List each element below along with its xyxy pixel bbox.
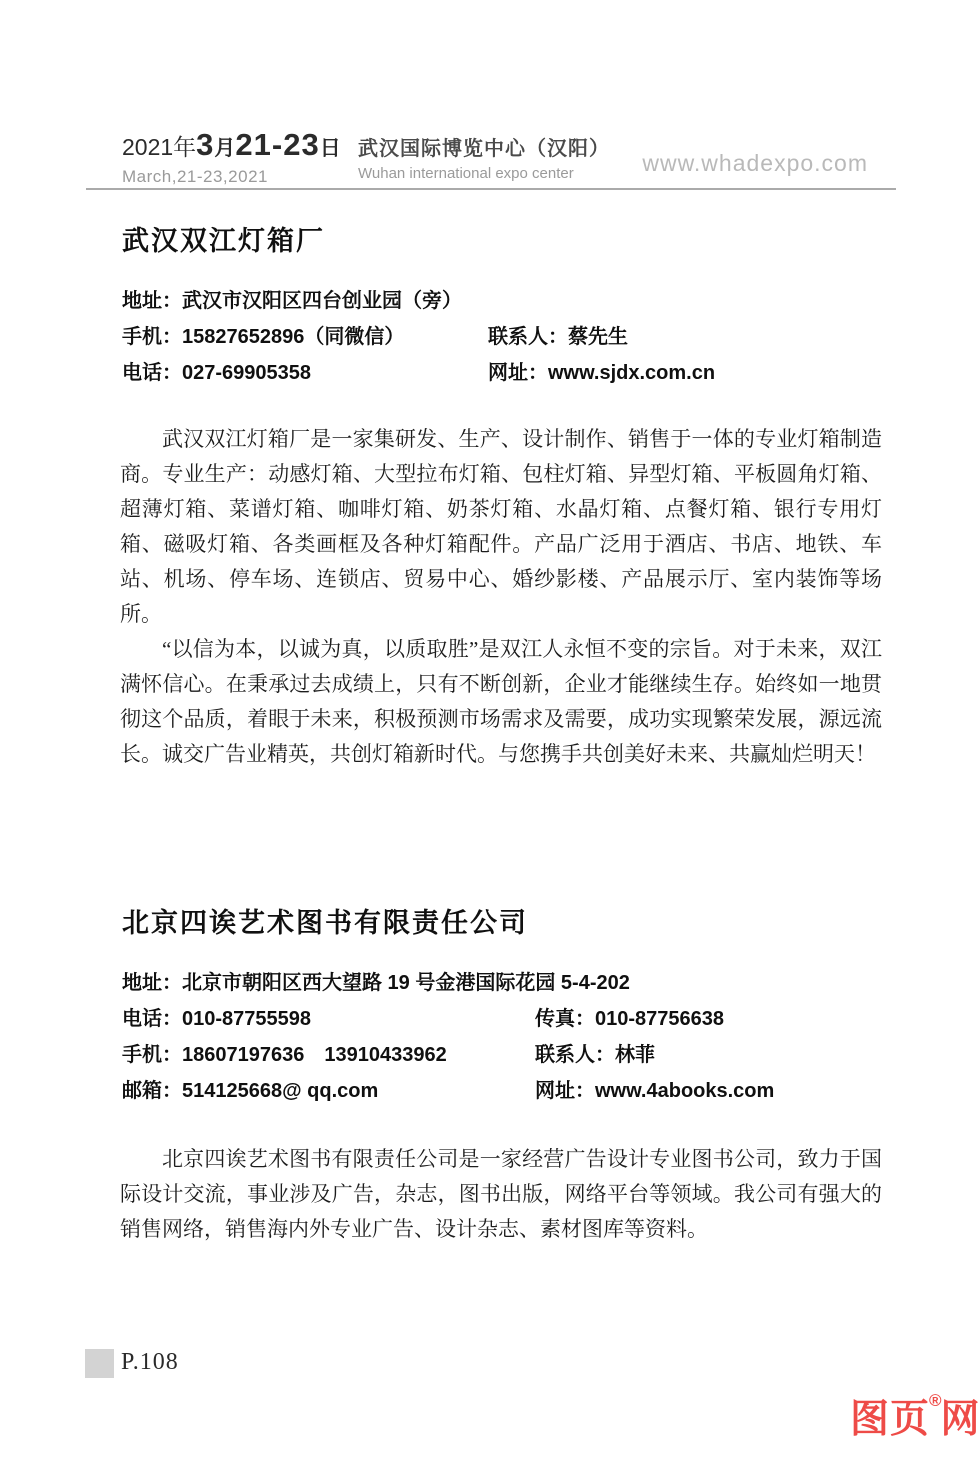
company-1-contacts: 地址：武汉市汉阳区四台创业园（旁） 手机：15827652896（同微信） 联系… [122, 290, 715, 398]
catalog-page: 2021年3月21-23日 March,21-23,2021 武汉国际博览中心（… [0, 0, 980, 1459]
page-number: P.108 [121, 1349, 179, 1376]
expo-date-block: 2021年3月21-23日 March,21-23,2021 [122, 128, 341, 187]
company-2-contacts: 地址：北京市朝阳区西大望路 19 号金港国际花园 5-4-202 电话：010-… [122, 972, 774, 1116]
contact-person: 联系人：蔡先生 [488, 326, 628, 349]
contact-person: 联系人：林菲 [535, 1044, 655, 1067]
expo-date-en: March,21-23,2021 [122, 167, 341, 187]
watermark-text-right: 网 [941, 1398, 980, 1441]
contact-row-mobile: 手机：18607197636 13910433962 联系人：林菲 [122, 1044, 774, 1067]
company-1-paragraph-2: “以信为本，以诚为真，以质取胜”是双江人永恒不变的宗旨。对于未来，双江满怀信心。… [120, 632, 882, 772]
contact-row-address: 地址：北京市朝阳区西大望路 19 号金港国际花园 5-4-202 [122, 972, 774, 995]
date-year: 2021年 [122, 134, 196, 160]
expo-website: www.whadexpo.com [642, 150, 868, 177]
expo-venue-block: 武汉国际博览中心（汉阳） Wuhan international expo ce… [358, 132, 610, 182]
contact-phone: 电话：027-69905358 [122, 362, 488, 385]
footer-square-mark [85, 1349, 114, 1378]
contact-mobile: 手机：15827652896（同微信） [122, 326, 488, 349]
date-month-number: 3 [196, 127, 214, 162]
contact-address: 地址：北京市朝阳区西大望路 19 号金港国际花园 5-4-202 [122, 972, 535, 995]
date-day-char: 日 [320, 137, 341, 160]
date-days: 21-23 [235, 127, 319, 162]
company-1-name: 武汉双江灯箱厂 [122, 219, 325, 258]
date-month-char: 月 [214, 137, 235, 160]
company-2-paragraph-1: 北京四诶艺术图书有限责任公司是一家经营广告设计专业图书公司，致力于国际设计交流，… [120, 1142, 882, 1247]
company-2-name: 北京四诶艺术图书有限责任公司 [122, 901, 528, 940]
tuye-watermark-logo: 图页®网 [850, 1392, 980, 1439]
contact-row-phone: 电话：010-87755598 传真：010-87756638 [122, 1008, 774, 1031]
contact-address: 地址：武汉市汉阳区四台创业园（旁） [122, 290, 488, 313]
contact-phone: 电话：010-87755598 [122, 1008, 535, 1031]
expo-date-cn: 2021年3月21-23日 [122, 128, 341, 168]
contact-row-phone: 电话：027-69905358 网址：www.sjdx.com.cn [122, 362, 715, 385]
expo-venue-en: Wuhan international expo center [358, 165, 610, 182]
contact-fax: 传真：010-87756638 [535, 1008, 724, 1031]
watermark-text-left: 图页 [850, 1398, 930, 1441]
contact-email: 邮箱：514125668@ qq.com [122, 1080, 535, 1103]
company-1-description: 武汉双江灯箱厂是一家集研发、生产、设计制作、销售于一体的专业灯箱制造商。专业生产… [120, 422, 882, 772]
contact-row-mobile: 手机：15827652896（同微信） 联系人：蔡先生 [122, 326, 715, 349]
contact-mobile: 手机：18607197636 13910433962 [122, 1044, 535, 1067]
contact-row-email: 邮箱：514125668@ qq.com 网址：www.4abooks.com [122, 1080, 774, 1103]
contact-row-address: 地址：武汉市汉阳区四台创业园（旁） [122, 290, 715, 313]
expo-header: 2021年3月21-23日 March,21-23,2021 武汉国际博览中心（… [86, 124, 896, 190]
expo-venue-cn: 武汉国际博览中心（汉阳） [358, 132, 610, 161]
company-2-description: 北京四诶艺术图书有限责任公司是一家经营广告设计专业图书公司，致力于国际设计交流，… [120, 1142, 882, 1247]
contact-website: 网址：www.sjdx.com.cn [488, 362, 715, 385]
company-1-paragraph-1: 武汉双江灯箱厂是一家集研发、生产、设计制作、销售于一体的专业灯箱制造商。专业生产… [120, 422, 882, 632]
contact-website: 网址：www.4abooks.com [535, 1080, 774, 1103]
